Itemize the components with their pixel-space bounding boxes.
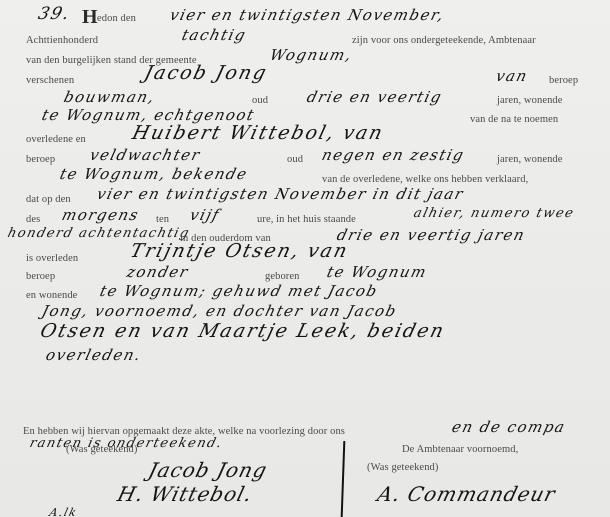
printed-dat-op-den: dat op den bbox=[26, 194, 71, 205]
printed-beroep-2: beroep bbox=[26, 154, 55, 165]
handwritten-death-date: vier en twintigsten November in dit jaar bbox=[95, 185, 466, 203]
handwritten-location: alhier, numero twee bbox=[412, 206, 576, 221]
printed-jaren-wonende-2: jaren, wonende bbox=[497, 154, 563, 165]
handwritten-time-of-day: morgens bbox=[60, 206, 141, 224]
signature-h-wittebol: H. Wittebol. bbox=[115, 482, 255, 506]
handwritten-municipality: Wognum, bbox=[268, 46, 354, 64]
handwritten-deceased-name: Trijntje Otsen, van bbox=[128, 240, 351, 262]
handwritten-declarant2-residence: te Wognum, bekende bbox=[58, 165, 250, 183]
handwritten-declarant2-name: Huibert Wittebol, van bbox=[130, 122, 386, 144]
handwritten-van: van bbox=[494, 67, 530, 85]
printed-ambtenaar-voornoemd: De Ambtenaar voornoemd, bbox=[402, 444, 518, 455]
printed-jaren-wonende-1: jaren, wonende bbox=[497, 95, 563, 106]
printed-ure-huis-staande: ure, in het huis staande bbox=[257, 214, 356, 225]
bottom-fragment: A.lk bbox=[48, 506, 79, 517]
printed-ambtenaar: zijn voor ons ondergeteekende, Ambtenaar bbox=[352, 35, 536, 46]
printed-ten: ten bbox=[156, 214, 169, 225]
handwritten-line-cont2: Otsen en van Maartje Leek, beiden bbox=[38, 320, 448, 342]
signature-jacob-jong: Jacob Jong bbox=[146, 458, 270, 482]
printed-was-geteekend-right: (Was geteekend) bbox=[367, 462, 439, 473]
handwritten-deceased-occupation: zonder bbox=[125, 263, 191, 281]
printed-beroep-1: beroep bbox=[549, 75, 578, 86]
handwritten-line-cont3: overleden. bbox=[44, 346, 144, 364]
handwritten-year: tachtig bbox=[180, 26, 248, 44]
printed-overledene-en: overledene en bbox=[26, 134, 86, 145]
handwritten-hour: vijf bbox=[188, 206, 222, 224]
signature-separator-line bbox=[341, 441, 346, 517]
handwritten-birthplace: te Wognum bbox=[325, 263, 429, 281]
handwritten-declarant1-occupation: bouwman, bbox=[62, 88, 157, 106]
handwritten-declarant1-name: Jacob Jong bbox=[142, 62, 270, 84]
death-record-page: 39. H edon den vier en twintigsten Novem… bbox=[0, 0, 610, 517]
printed-was-geteekend-left: (Was geteekend) bbox=[66, 444, 138, 455]
printed-en-wonende: en wonende bbox=[26, 290, 77, 301]
printed-beroep-3: beroep bbox=[26, 271, 55, 282]
printed-hedon-den: edon den bbox=[97, 13, 136, 24]
handwritten-location-cont: honderd achtentachtig bbox=[6, 226, 192, 241]
handwritten-closing-fill1: en de compa bbox=[450, 418, 568, 436]
printed-is-overleden: is overleden bbox=[26, 253, 78, 264]
printed-verschenen: verschenen bbox=[26, 75, 74, 86]
signature-a-commandeur: A. Commandeur bbox=[375, 482, 558, 506]
printed-initial-h: H bbox=[82, 6, 98, 29]
handwritten-declarant2-age: negen en zestig bbox=[320, 146, 467, 164]
printed-oud-1: oud bbox=[252, 95, 268, 106]
handwritten-deceased-age: drie en veertig jaren bbox=[335, 226, 527, 244]
printed-na-te-noemen: van de na te noemen bbox=[470, 114, 558, 125]
handwritten-residence: te Wognum; gehuwd met Jacob bbox=[98, 282, 380, 300]
printed-geboren: geboren bbox=[265, 271, 300, 282]
act-number: 39. bbox=[36, 4, 73, 24]
printed-achttienhonderd: Achttienhonderd bbox=[26, 35, 98, 46]
printed-overledene-verklaard: van de overledene, welke ons hebben verk… bbox=[322, 174, 528, 185]
handwritten-declarant1-age: drie en veertig bbox=[305, 88, 444, 106]
handwritten-declarant2-occupation: veldwachter bbox=[88, 146, 203, 164]
handwritten-date-day: vier en twintigsten November, bbox=[168, 6, 447, 24]
printed-oud-2: oud bbox=[287, 154, 303, 165]
handwritten-line-cont1: Jong, voornoemd, en dochter van Jacob bbox=[40, 302, 399, 320]
printed-des: des bbox=[26, 214, 40, 225]
